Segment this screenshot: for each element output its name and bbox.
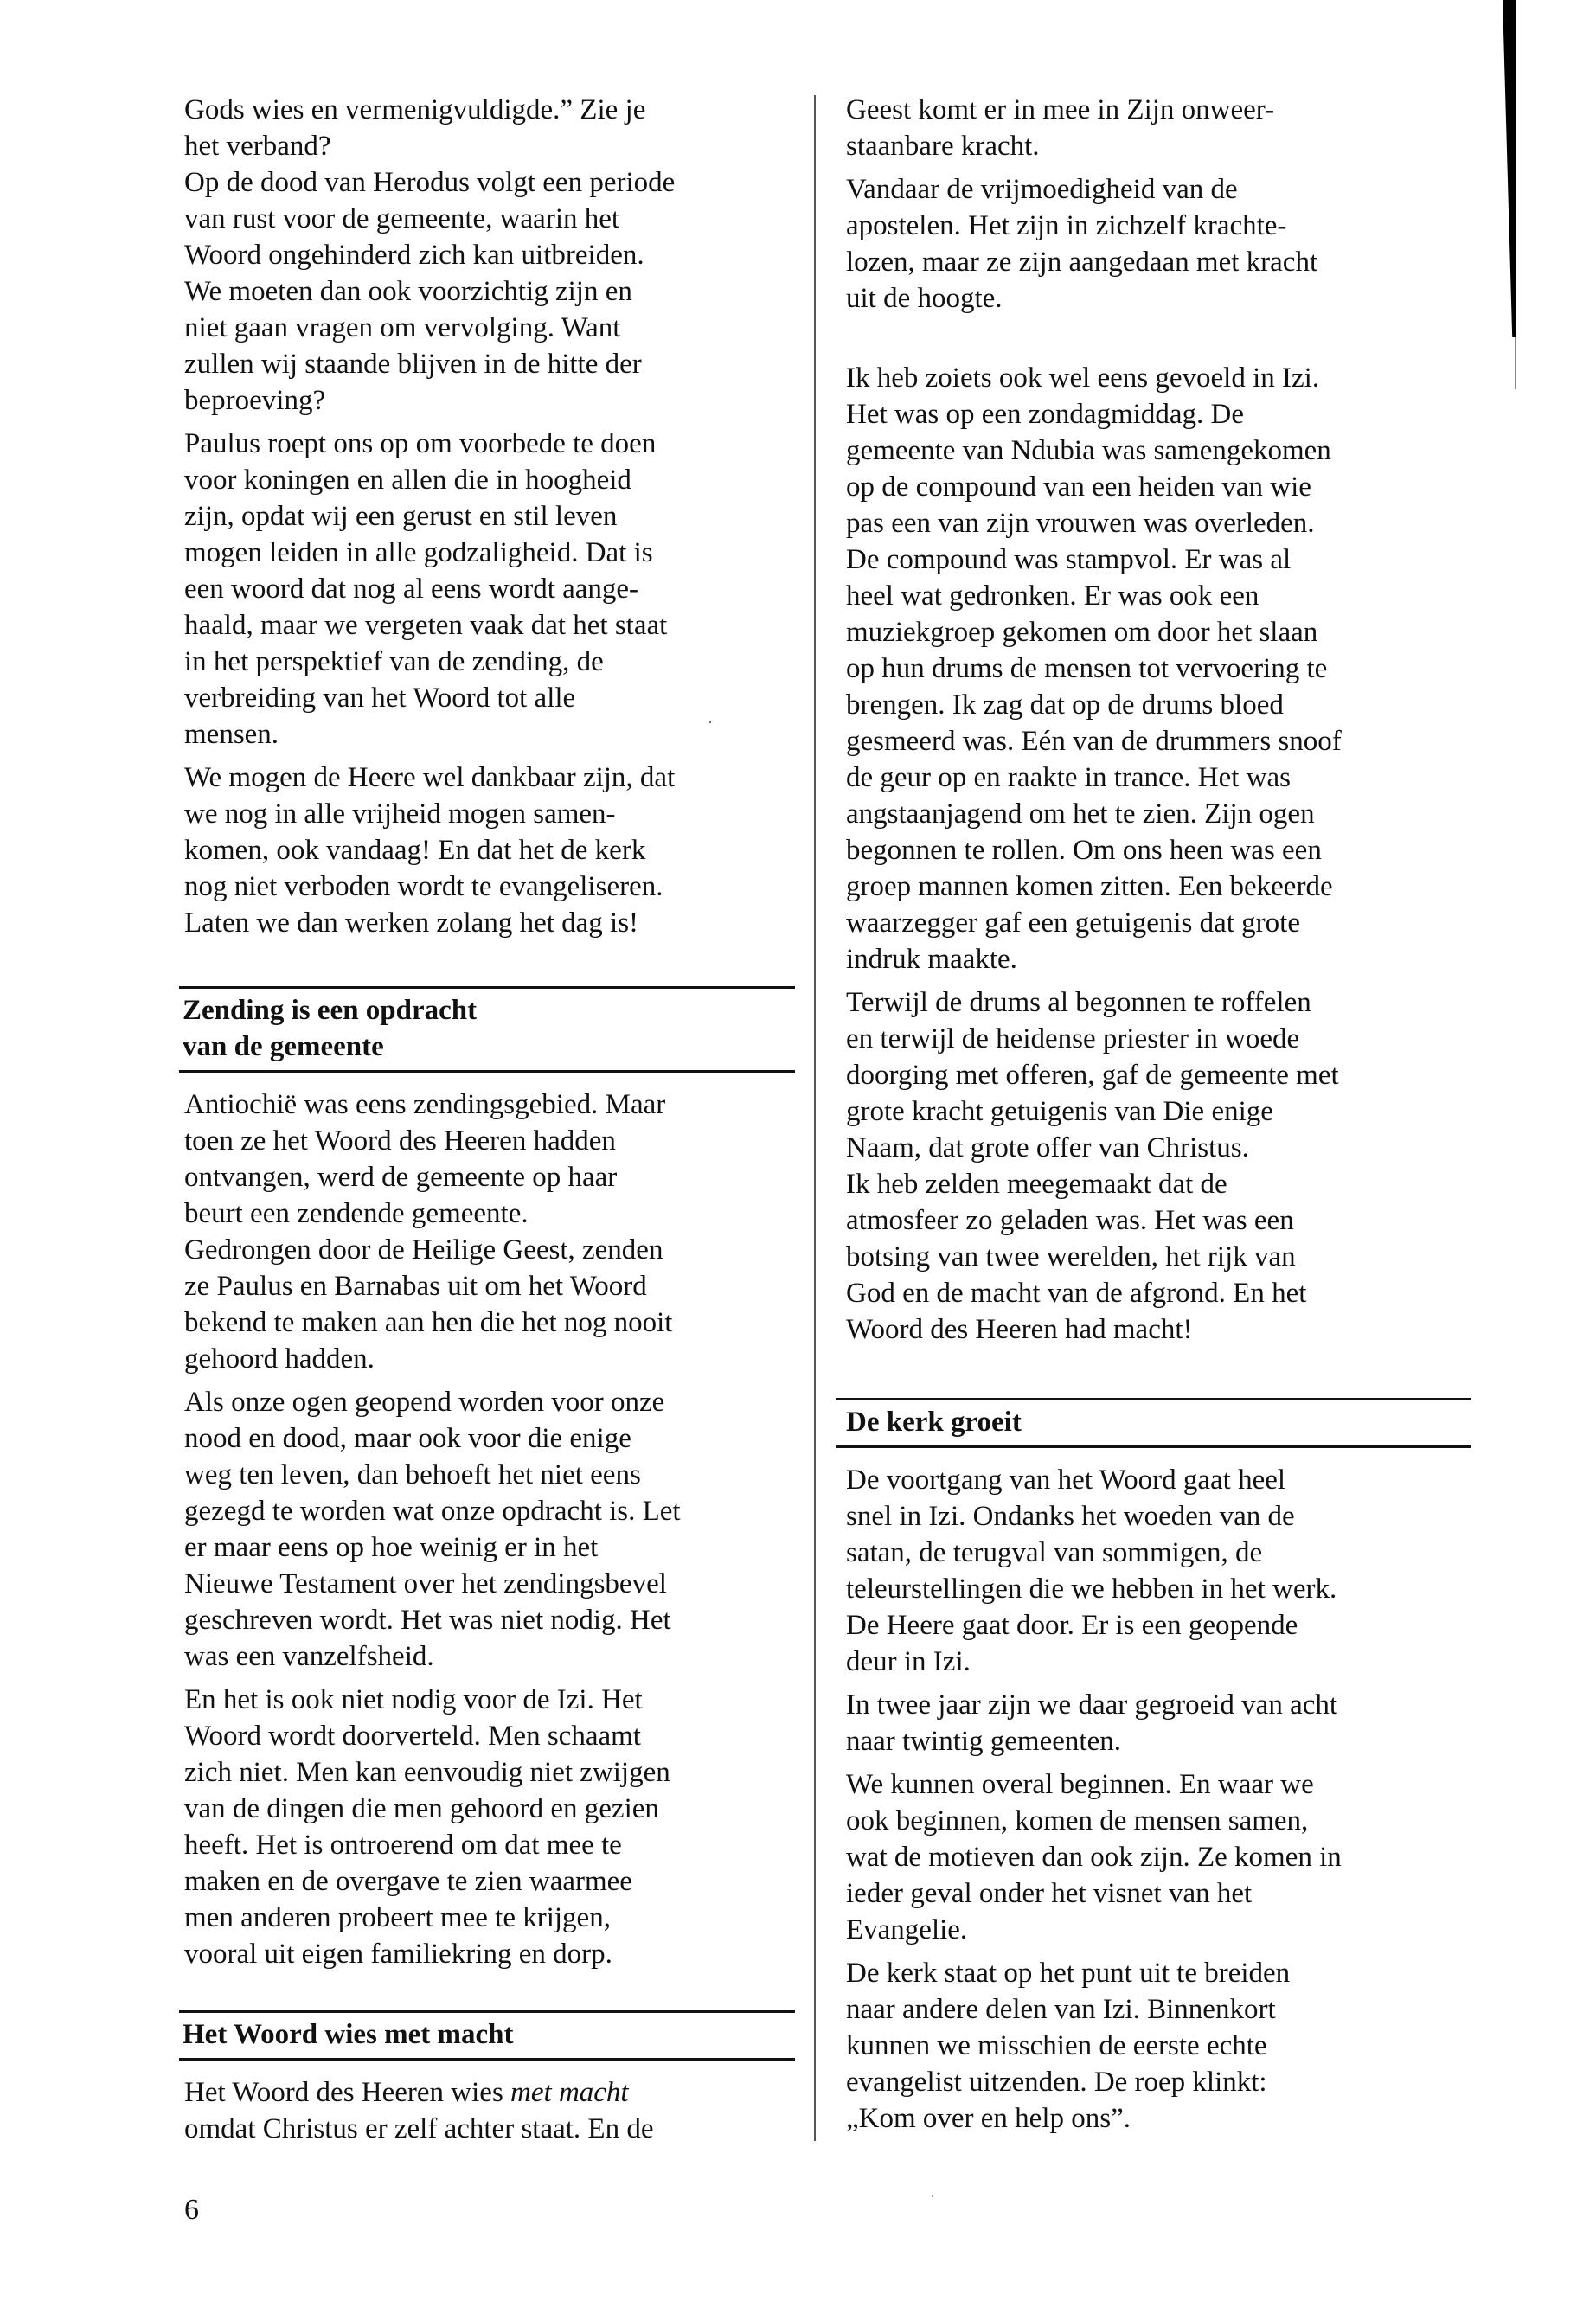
section-heading-zending: Zending is een opdracht van de gemeente <box>179 986 795 1073</box>
scan-edge-shadow <box>1503 0 1516 337</box>
column-divider <box>814 95 816 2141</box>
paragraph: De kerk staat op het punt uit te breiden… <box>846 1955 1469 2137</box>
scan-speck <box>932 2195 933 2197</box>
paragraph: Vandaar de vrijmoedigheid van de apostel… <box>846 171 1469 317</box>
paragraph: Antiochië was eens zendingsgebied. Maar … <box>184 1086 798 1377</box>
paragraph: Als onze ogen geopend worden voor onze n… <box>184 1384 798 1675</box>
paragraph: En het is ook niet nodig voor de Izi. He… <box>184 1682 798 1972</box>
paragraph: Geest komt er in mee in Zijn onweer- sta… <box>846 92 1469 164</box>
scan-speck <box>709 721 711 723</box>
paragraph: In twee jaar zijn we daar gegroeid van a… <box>846 1687 1469 1759</box>
paragraph: Paulus roept ons op om voorbede te doen … <box>184 426 798 753</box>
text-run: Het Woord des Heeren wies <box>184 2077 510 2108</box>
paragraph: Ik heb zoiets ook wel eens gevoeld in Iz… <box>846 360 1469 977</box>
paragraph: Terwijl de drums al begonnen te roffelen… <box>846 984 1469 1348</box>
scan-edge-line <box>1515 337 1516 389</box>
paragraph: Gods wies en vermenigvuldigde.” Zie je h… <box>184 92 798 419</box>
paragraph: De voortgang van het Woord gaat heel sne… <box>846 1462 1469 1680</box>
paragraph-met-macht: Het Woord des Heeren wies met macht omda… <box>184 2074 798 2147</box>
paragraph: We mogen de Heere wel dankbaar zijn, dat… <box>184 760 798 941</box>
section-heading-woord-wies: Het Woord wies met macht <box>179 2010 795 2061</box>
emphasis-text: met macht <box>510 2077 629 2108</box>
section-heading-kerk-groeit: De kerk groeit <box>836 1398 1471 1448</box>
left-column: Gods wies en vermenigvuldigde.” Zie je h… <box>184 92 798 2154</box>
text-run: omdat Christus er zelf achter staat. En … <box>184 2113 653 2144</box>
page-number: 6 <box>184 2193 199 2227</box>
right-column: Geest komt er in mee in Zijn onweer- sta… <box>846 92 1469 2144</box>
paragraph: We kunnen overal beginnen. En waar we oo… <box>846 1766 1469 1948</box>
